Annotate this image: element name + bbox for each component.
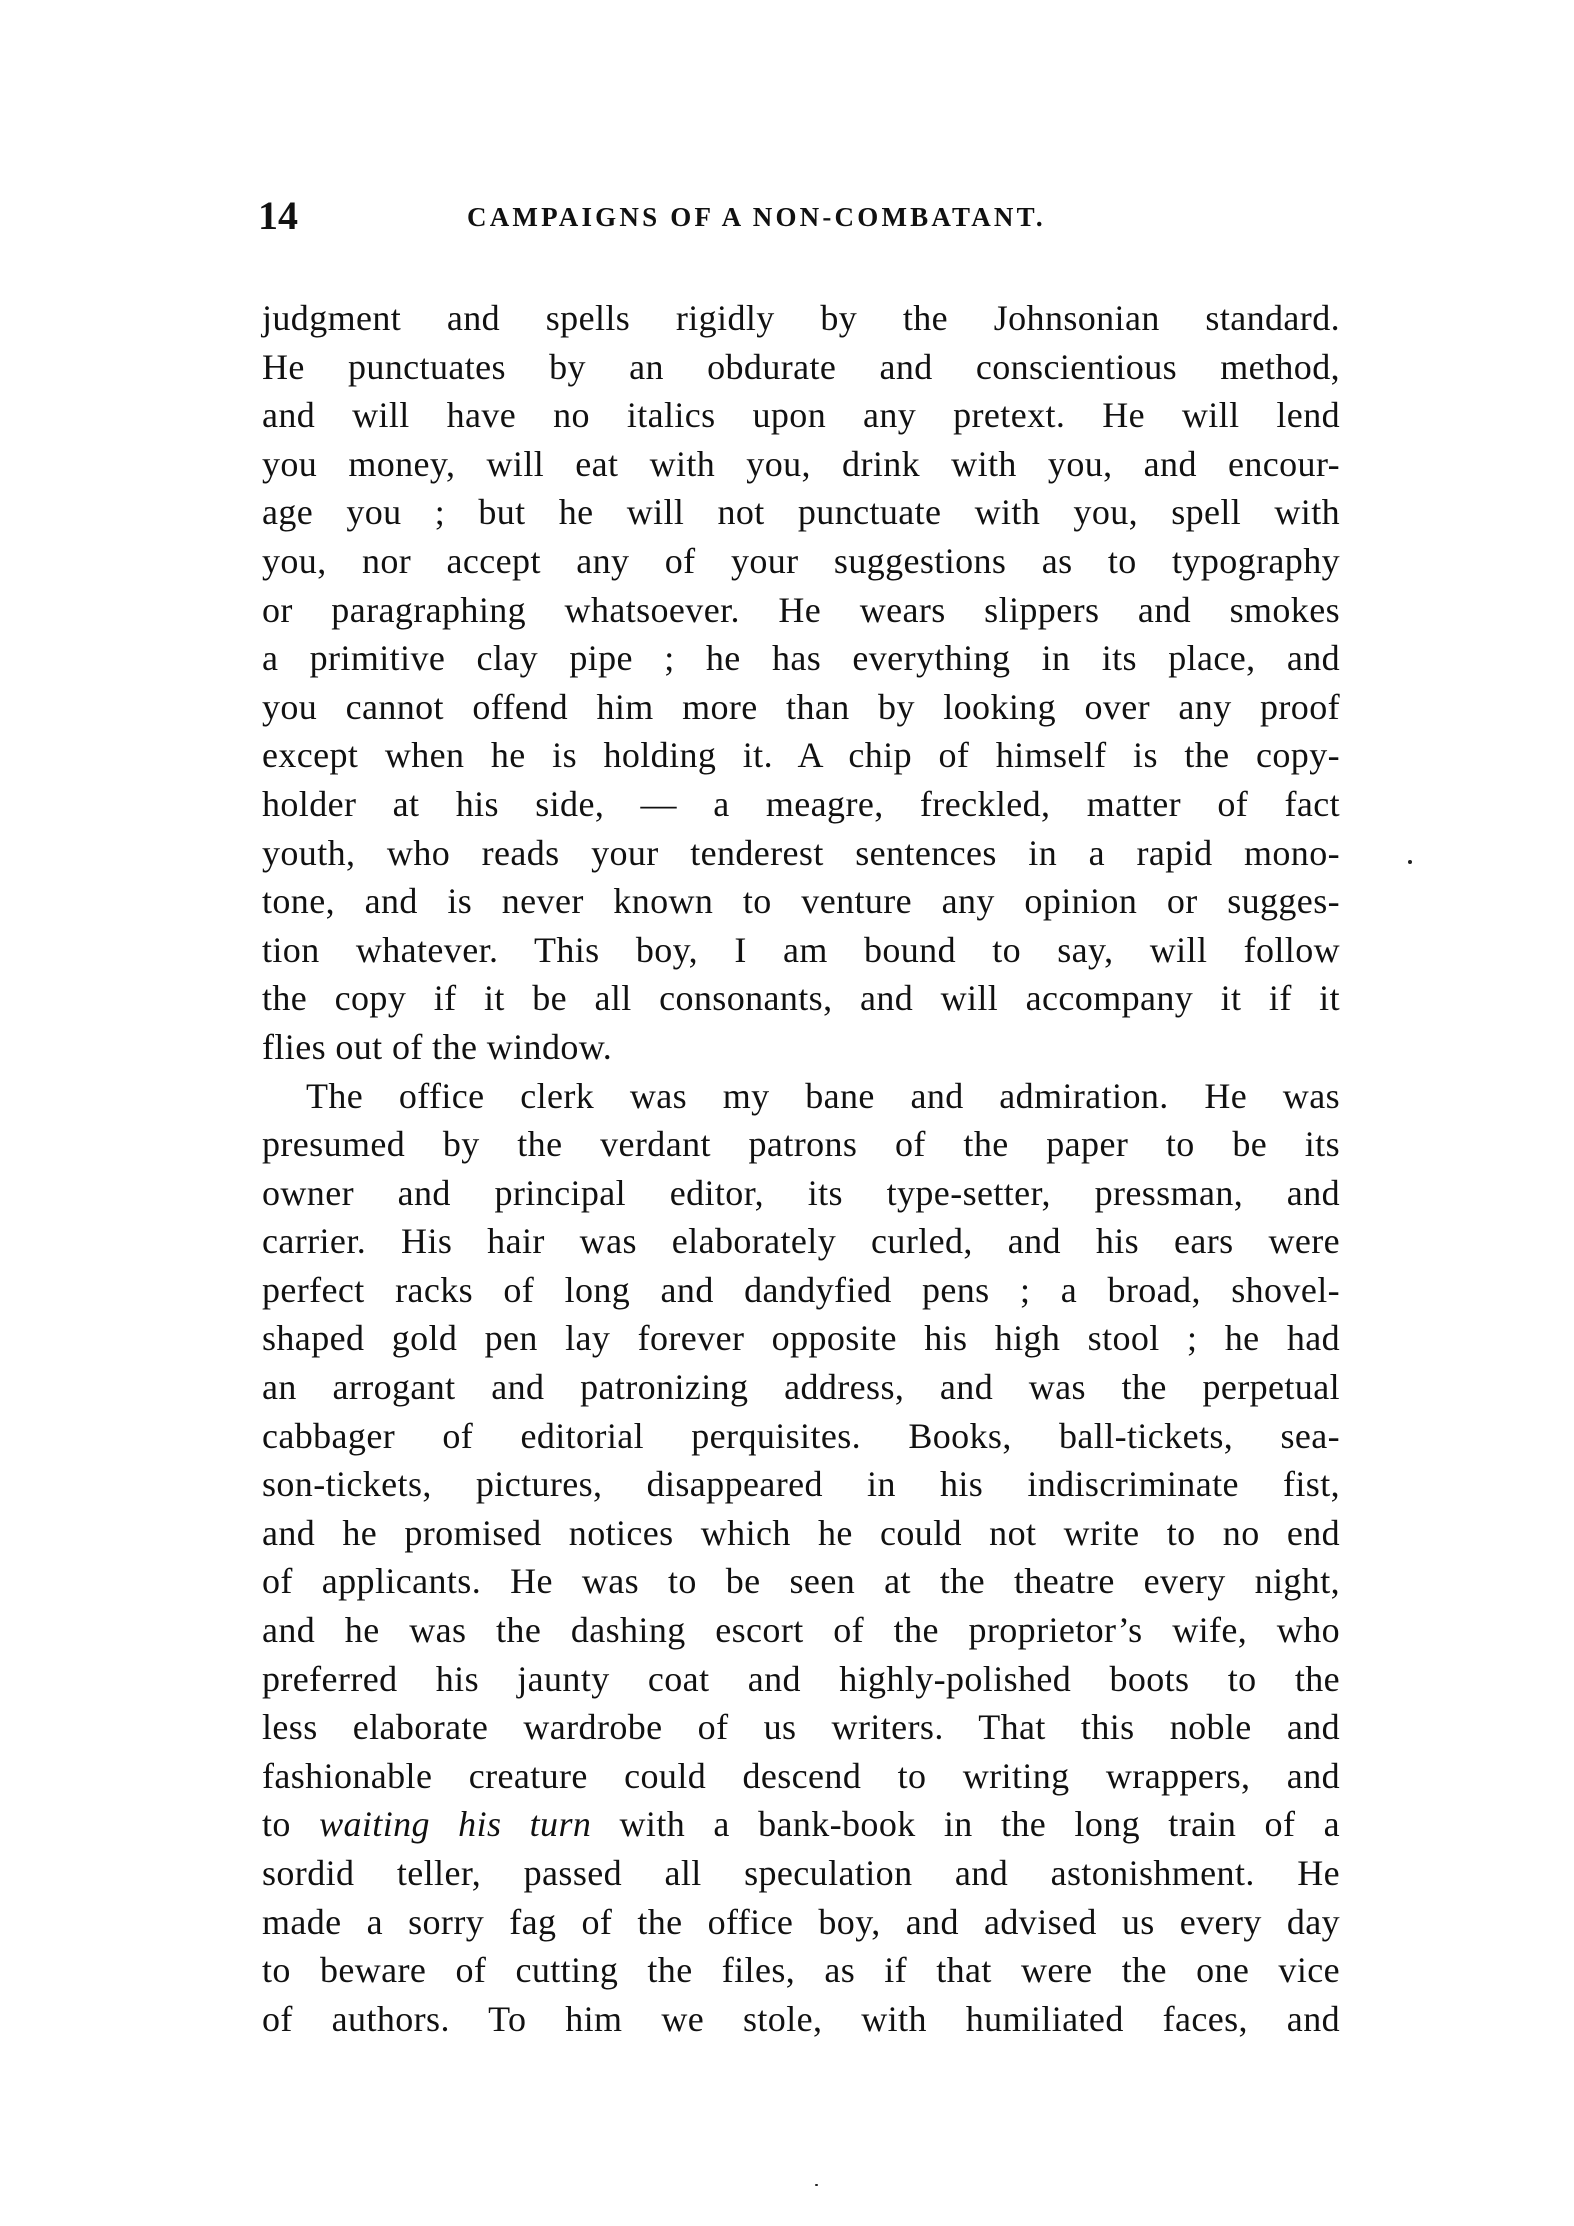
text-line: cabbager of editorial perquisites. Books… [262,1412,1340,1461]
running-head: 14 CAMPAIGNS OF A NON-COMBATANT. [258,196,1140,236]
text-line: sordid teller, passed all speculation an… [262,1849,1340,1898]
text-line: you cannot offend him more than by looki… [262,683,1340,732]
page-number: 14 [258,196,298,236]
text-line: fashionable creature could descend to wr… [262,1752,1340,1801]
text-segment: to [262,1804,319,1844]
text-line: or paragraphing whatsoever. He wears sli… [262,586,1340,635]
text-line: flies out of the window. [262,1023,1340,1072]
text-line: preferred his jaunty coat and highly-pol… [262,1655,1340,1704]
text-line: tion whatever. This boy, I am bound to s… [262,926,1340,975]
text-line: a primitive clay pipe ; he has everythin… [262,634,1340,683]
text-line: of authors. To him we stole, with humili… [262,1995,1340,2044]
italic-text-segment: waiting his turn [319,1804,591,1844]
book-page: 14 CAMPAIGNS OF A NON-COMBATANT. judgmen… [0,0,1574,2226]
text-line: and will have no italics upon any pretex… [262,391,1340,440]
text-line: tone, and is never known to venture any … [262,877,1340,926]
text-line: the copy if it be all consonants, and wi… [262,974,1340,1023]
text-line: of applicants. He was to be seen at the … [262,1557,1340,1606]
text-line: judgment and spells rigidly by the Johns… [262,294,1340,343]
text-line: except when he is holding it. A chip of … [262,731,1340,780]
text-line: and he promised notices which he could n… [262,1509,1340,1558]
text-line: shaped gold pen lay forever opposite his… [262,1314,1340,1363]
print-speck [1408,860,1412,864]
paragraph-2: The office clerk was my bane and admirat… [262,1072,1340,2044]
text-line: son-tickets, pictures, disappeared in hi… [262,1460,1340,1509]
text-line: owner and principal editor, its type-set… [262,1169,1340,1218]
text-line: The office clerk was my bane and admirat… [262,1072,1340,1121]
text-line: to beware of cutting the files, as if th… [262,1946,1340,1995]
text-segment: with a bank-book in the long train of a [591,1804,1340,1844]
running-head-title: CAMPAIGNS OF A NON-COMBATANT. [467,202,1139,232]
text-line: less elaborate wardrobe of us writers. T… [262,1703,1340,1752]
text-line: presumed by the verdant patrons of the p… [262,1120,1340,1169]
text-line: you money, will eat with you, drink with… [262,440,1340,489]
paragraph-1: judgment and spells rigidly by the Johns… [262,294,1340,1072]
text-line: He punctuates by an obdurate and conscie… [262,343,1340,392]
print-speck [815,2184,818,2186]
text-line: youth, who reads your tenderest sentence… [262,829,1340,878]
body-text: judgment and spells rigidly by the Johns… [262,294,1340,2043]
text-line: holder at his side, — a meagre, freckled… [262,780,1340,829]
text-line: perfect racks of long and dandyfied pens… [262,1266,1340,1315]
text-line: age you ; but he will not punctuate with… [262,488,1340,537]
text-line: made a sorry fag of the office boy, and … [262,1898,1340,1947]
text-line: you, nor accept any of your suggestions … [262,537,1340,586]
text-line: an arrogant and patronizing address, and… [262,1363,1340,1412]
text-line: carrier. His hair was elaborately curled… [262,1217,1340,1266]
text-line-with-italics: to waiting his turn with a bank-book in … [262,1800,1340,1849]
text-line: and he was the dashing escort of the pro… [262,1606,1340,1655]
